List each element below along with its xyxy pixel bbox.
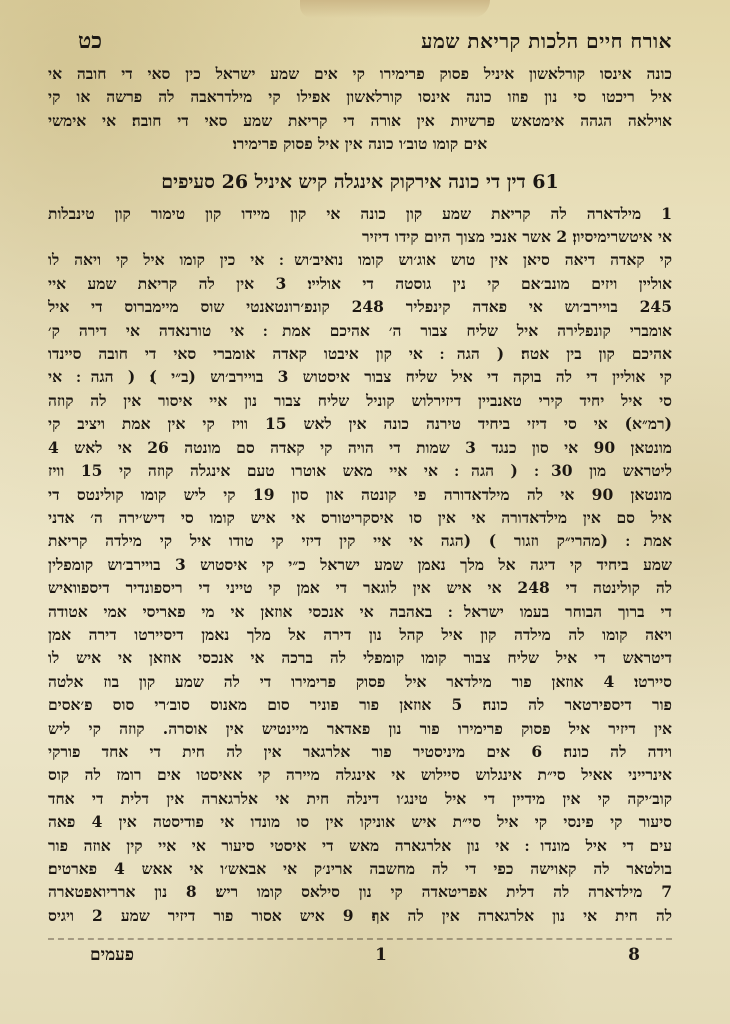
- catchword: פעמים: [90, 945, 134, 965]
- text-line: בולטאר לה קאוישה כפי די לה מחשבה ארינ׳ק …: [48, 857, 672, 880]
- text-line: אינרייני אאיל סי״ת אינגלוש סיילוש אי אינ…: [48, 763, 672, 786]
- text-line: (רמ״א) אי סי דיזי ביחיד טירנה כונה אין ל…: [48, 412, 672, 435]
- text-line: אומברי קונפלירה איל שליח צבור ה׳ אהיכם א…: [48, 319, 672, 342]
- text-line: אוליין ויזים מונב׳אם קי נין גוסטה די אול…: [48, 272, 672, 295]
- text-line: סיירטו׃ 4 אוזאן פור מילדאר איל פסוק פרימ…: [48, 670, 672, 693]
- running-header: אורח חיים הלכות קריאת שמע כט: [48, 28, 672, 62]
- folio-number: כט: [48, 28, 102, 54]
- text-line: שמע ביחיד קי דיגה אל מלך נאמן שמע ישראל …: [48, 553, 672, 576]
- text-line: לה קולינטה די 248 אי איש אין לוגאר די אמ…: [48, 576, 672, 599]
- text-line: דיטראש די איל שליח צבור קומו קומפלי לה ב…: [48, 646, 672, 669]
- text-line: לה חית אי נון אלרגארה אין לה אף׃ 9 איש א…: [48, 904, 672, 927]
- text-line: מונטאן 90 אי לה מילדאדורה פי קונטה און ס…: [48, 483, 672, 506]
- text-line: איל ריכטו סי נון פוזו כונה אינסו קורלאשו…: [48, 85, 672, 108]
- text-line: סי איל יחיד קירי טאנביין דיזירלוש קוניל …: [48, 389, 672, 412]
- text-line: אהיכם קון בין אטה׃ ( הגה ׃ אי קון איבטו …: [48, 342, 672, 365]
- text-line: 7 מילדארה לה דלית אפריטאדה קי נון סילאס …: [48, 880, 672, 903]
- text-line: 245 בויירב׳וש אי פאדה קינפליר 248 קונפ׳ר…: [48, 295, 672, 318]
- text-line: ליטראש מון 30 ׃ ( הגה ׃ אי איי מאש אוטרו…: [48, 459, 672, 482]
- text-line: קי אוליין די לה בוקה די איל שליח צבור אי…: [48, 365, 672, 388]
- text-line: מונטאן 90 אי סון כנגד 3 שמות די הויה קי …: [48, 436, 672, 459]
- text-line: סיעור קי פינסי קי איל סי״ת איש אוניקו אי…: [48, 810, 672, 833]
- page-text-block: אורח חיים הלכות קריאת שמע כט כונה אינסו …: [48, 28, 672, 927]
- text-line: אוילאה הגהה אימטאש פרשיות אין אורה די קר…: [48, 109, 672, 132]
- section-heading: 61 דין די כונה אירקוק אינגלה קיש איניל 2…: [48, 168, 672, 196]
- torn-paper-edge: [300, 0, 490, 18]
- text-line: די ברוך הבוחר בעמו ישראל ׃ באהבה אי אנכס…: [48, 600, 672, 623]
- text-line: אמת ׃ (מהרי״ק וזגור ) (הגה אי איי קין די…: [48, 529, 672, 552]
- text-line: אי איטשרימיסיון׃ 2 אשר אנכי מצוך היום קי…: [48, 225, 672, 248]
- scanned-book-page: אורח חיים הלכות קריאת שמע כט כונה אינסו …: [0, 0, 730, 1024]
- text-line: 1 מילדארה לה קריאת שמע קון כונה אי קון מ…: [48, 202, 672, 225]
- text-line: קי קאדה דיאה סיאן אין טוש אוג׳וש קומו נו…: [48, 248, 672, 271]
- page-footer: 8 1 פעמים: [90, 945, 640, 965]
- text-line: וידה לה כונה׃ 6 אים מיניסטיר פור אלרגאר …: [48, 740, 672, 763]
- bottom-rule: [48, 938, 672, 942]
- text-line: פור דיספירטאר לה כונה׃ 5 אוזאן פור פוניר…: [48, 693, 672, 716]
- intro-paragraph: כונה אינסו קורלאשון איניל פסוק פרימירו ק…: [48, 62, 672, 156]
- text-line: עים די איל מונדו ׃ אי נון אלרגארה מאש די…: [48, 834, 672, 857]
- signature-mark: 1: [375, 945, 387, 965]
- gathering-number: 8: [628, 945, 640, 965]
- text-line: איל סם אין מילדאדורה אי אין סו איסקריטור…: [48, 506, 672, 529]
- running-header-title: אורח חיים הלכות קריאת שמע: [421, 29, 672, 54]
- text-line: כונה אינסו קורלאשון איניל פסוק פרימירו ק…: [48, 62, 672, 85]
- text-line: אים קומו טוב׳ו כונה אין איל פסוק פרימירו…: [48, 132, 672, 155]
- text-line: אין דיזיר איל פסוק פרימירו פור נון פאדאר…: [48, 717, 672, 740]
- text-line: קוב׳יקה קי אין מידיין די איל טינג׳ו דינל…: [48, 787, 672, 810]
- paragraph-body: 1 מילדארה לה קריאת שמע קון כונה אי קון מ…: [48, 202, 672, 928]
- text-line: ויאה קומו לה מילדה קון איל קהל נון דירה …: [48, 623, 672, 646]
